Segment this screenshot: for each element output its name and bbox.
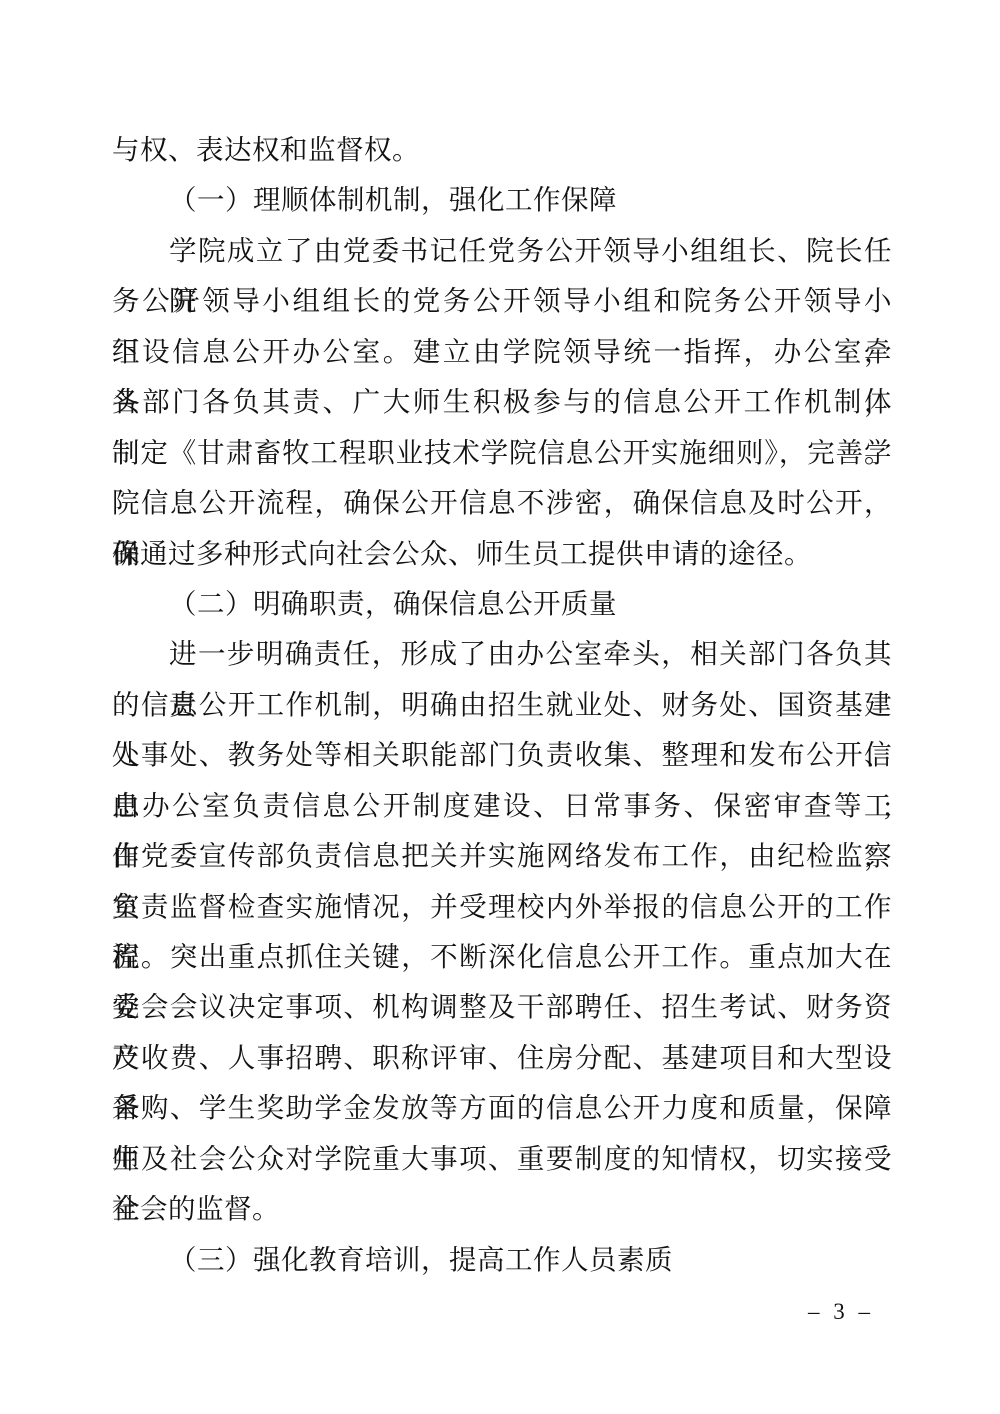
section-heading: （三）强化教育培训，提高工作人员素质 bbox=[112, 1235, 892, 1285]
section-heading: （一）理顺体制机制，强化工作保障 bbox=[112, 175, 892, 225]
text-line: 下设信息公开办公室。建立由学院领导统一指挥，办公室牵头， bbox=[112, 327, 892, 377]
text-line: 由办公室负责信息公开制度建设、日常事务、保密审查等工作， bbox=[112, 781, 892, 831]
text-line: 与权、表达权和监督权。 bbox=[112, 125, 892, 175]
text-line: 的信息公开工作机制，明确由招生就业处、财务处、国资基建处、 bbox=[112, 680, 892, 730]
text-line: 及收费、人事招聘、职称评审、住房分配、基建项目和大型设备 bbox=[112, 1033, 892, 1083]
text-line: 进一步明确责任，形成了由办公室牵头，相关部门各负其责 bbox=[112, 629, 892, 679]
document-page: 与权、表达权和监督权。（一）理顺体制机制，强化工作保障学院成立了由党委书记任党务… bbox=[0, 0, 1000, 1414]
text-line: 负责监督检查实施情况，并受理校内外举报的信息公开的工作流 bbox=[112, 882, 892, 932]
text-line: 人事处、教务处等相关职能部门负责收集、整理和发布公开信息; bbox=[112, 730, 892, 780]
text-line: 保通过多种形式向社会公众、师生员工提供申请的途径。 bbox=[112, 529, 892, 579]
page-number: – 3 – bbox=[808, 1297, 874, 1327]
text-line: 院信息公开流程，确保公开信息不涉密，确保信息及时公开，确 bbox=[112, 478, 892, 528]
text-line: 各部门各负其责、广大师生积极参与的信息公开工作机制体制。 bbox=[112, 377, 892, 427]
section-heading: （二）明确职责，确保信息公开质量 bbox=[112, 579, 892, 629]
text-line: 生及社会公众对学院重大事项、重要制度的知情权，切实接受全 bbox=[112, 1134, 892, 1184]
text-line: 委会会议决定事项、机构调整及干部聘任、招生考试、财务资产 bbox=[112, 982, 892, 1032]
text-line: 社会的监督。 bbox=[112, 1184, 892, 1234]
text-line: 学院成立了由党委书记任党务公开领导小组组长、院长任院 bbox=[112, 226, 892, 276]
text-line: 程。突出重点抓住关键，不断深化信息公开工作。重点加大在党 bbox=[112, 932, 892, 982]
text-line: 制定《甘肃畜牧工程职业技术学院信息公开实施细则》，完善学 bbox=[112, 428, 892, 478]
document-body: 与权、表达权和监督权。（一）理顺体制机制，强化工作保障学院成立了由党委书记任党务… bbox=[112, 125, 892, 1285]
text-line: 采购、学生奖助学金发放等方面的信息公开力度和质量，保障师 bbox=[112, 1083, 892, 1133]
text-line: 务公开领导小组组长的党务公开领导小组和院务公开领导小组， bbox=[112, 276, 892, 326]
text-line: 由党委宣传部负责信息把关并实施网络发布工作，由纪检监察室 bbox=[112, 831, 892, 881]
